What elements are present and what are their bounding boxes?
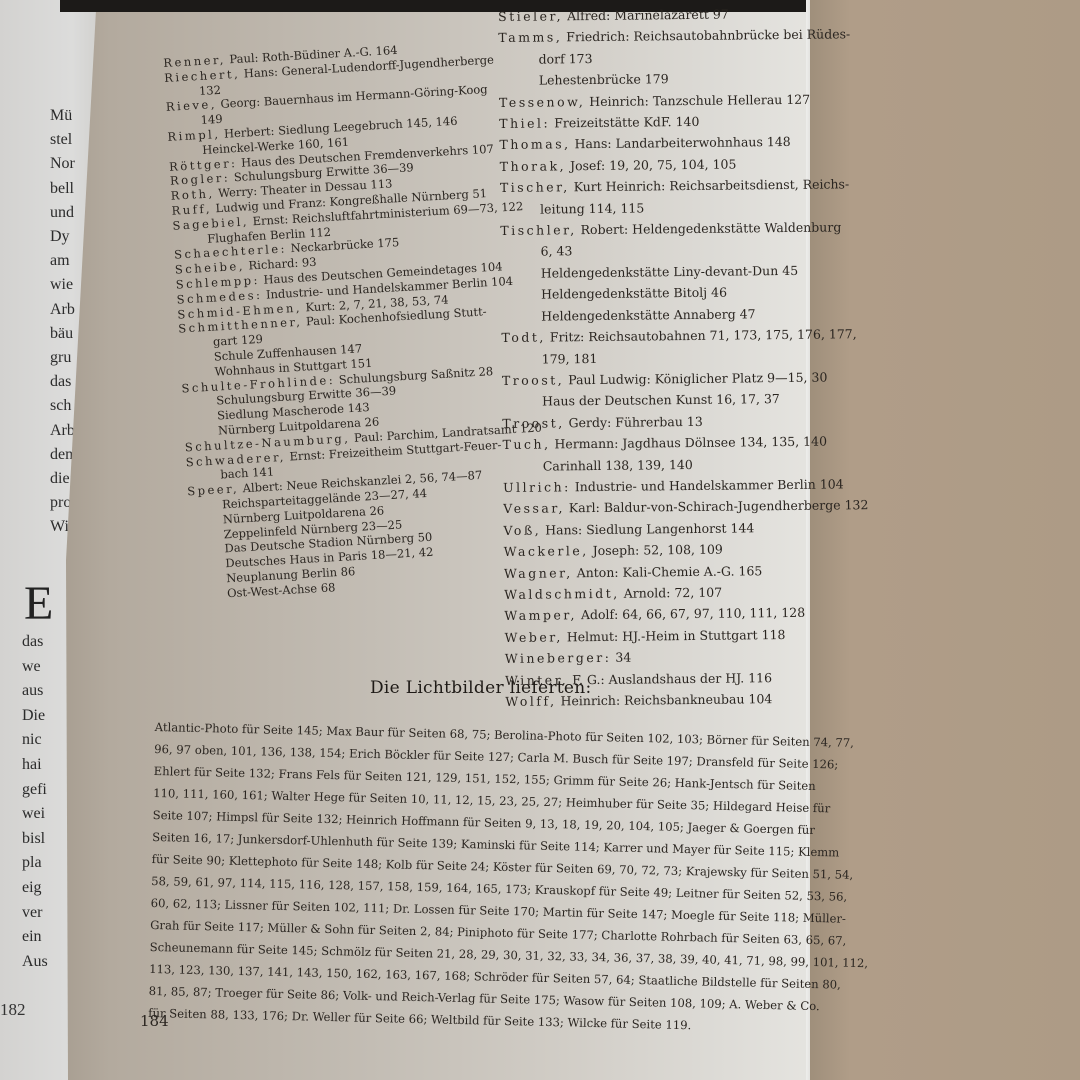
text-fragment: wei [22,802,48,827]
index-subentry: Heldengedenkstätte Liny-devant-Dun 45 [501,259,831,284]
book-photo: MüstelNorbellundDyamwieArbbäugrudasschAr… [0,0,1080,1080]
index-works: Arnold: 72, 107 [620,585,723,601]
text-fragment: Dy [50,225,75,249]
photo-credits-heading: Die Lichtbilder lieferten: [370,678,592,698]
index-works: Hans: Siedlung Langenhorst 144 [541,520,754,537]
text-fragment: Aus [22,950,48,975]
architect-index-left-column: Renner, Paul: Roth-Büdiner A.-G. 164Riec… [163,38,523,603]
left-page-text-fragments-lower: dasweausDienichaigefiweibislplaeigverein… [22,630,48,974]
architect-name: Roth, [170,187,214,203]
architect-name: Waldschmidt, [504,586,620,602]
text-fragment: hai [22,753,48,778]
text-fragment: und [50,201,75,225]
right-endpaper [810,0,1080,1080]
text-fragment: ein [22,925,48,950]
index-works: Josef: 19, 20, 75, 104, 105 [566,156,737,173]
index-entry: Tischler, Robert: Heldengedenkstätte Wal… [500,217,830,242]
photo-credits-paragraph: Atlantic-Photo für Seite 145; Max Baur f… [148,716,825,1039]
text-fragment: ver [22,901,48,926]
architect-name: Stieler, [498,8,563,24]
architect-name: Thorak, [500,158,567,174]
text-fragment: Mü [50,104,75,128]
drop-cap: E [24,576,53,631]
index-entry: Tamms, Friedrich: Reichsautobahnbrücke b… [498,24,828,49]
architect-name: Wineberger: [505,650,612,666]
text-fragment: das [22,630,48,655]
architect-name: Thiel: [499,115,550,131]
text-fragment: Die [22,704,48,729]
architect-name: Tuch, [503,437,551,453]
page-number: 184 [140,1012,169,1030]
index-works: 34 [611,650,631,665]
index-works: Gerdy: Führerbau 13 [565,414,703,430]
index-works: Paul Ludwig: Königlicher Platz 9—15, 30 [564,369,827,387]
architect-name: Tischler, [500,222,576,238]
architect-name: Troost, [502,372,564,388]
architect-name: Tischer, [500,180,570,196]
architect-name: Weber, [505,629,563,645]
text-fragment: aus [22,679,48,704]
architect-name: Wagner, [504,565,573,581]
index-entry: Troost, Paul Ludwig: Königlicher Platz 9… [502,366,832,391]
index-works: Anton: Kali-Chemie A.-G. 165 [573,563,763,580]
index-works: Fritz: Reichsautobahnen 71, 173, 175, 17… [546,326,857,344]
index-works: Adolf: 64, 66, 67, 97, 110, 111, 128 [577,605,805,622]
index-works: F. G.: Auslandshaus der HJ. 116 [568,670,772,687]
index-works: Joseph: 52, 108, 109 [589,542,723,558]
text-fragment: bell [50,177,75,201]
text-fragment: das [50,370,75,394]
index-works: Kurt Heinrich: Reichsarbeitsdienst, Reic… [570,177,850,195]
architect-name: Ruff, [171,201,212,217]
architect-index-right-column: Stieler, Alfred: Marinelazarett 97Tamms,… [498,3,835,713]
text-fragment: gefi [22,778,48,803]
text-fragment: stel [50,128,75,152]
text-fragment: Arb [50,419,75,443]
text-fragment: we [22,655,48,680]
index-entry: Tessenow, Heinrich: Tanzschule Hellerau … [499,88,829,113]
index-entry: Weber, Helmut: HJ.-Heim in Stuttgart 118 [505,623,835,648]
architect-name: Ullrich: [503,479,571,495]
index-works: Friedrich: Reichsautobahnbrücke bei Rüde… [562,27,850,45]
index-entry: Tischer, Kurt Heinrich: Reichsarbeitsdie… [500,174,830,199]
architect-name: Todt, [501,330,546,345]
text-fragment: bäu [50,322,75,346]
text-fragment: sch [50,394,75,418]
text-fragment: eig [22,876,48,901]
index-entry: Tuch, Hermann: Jagdhaus Dölnsee 134, 135… [502,431,832,456]
index-works: Hermann: Jagdhaus Dölnsee 134, 135, 140 [550,434,827,452]
text-fragment: Nor [50,152,75,176]
text-fragment: Arb [50,298,75,322]
index-works: Karl: Baldur-von-Schirach-Jugendherberge… [565,497,869,515]
index-works: Helmut: HJ.-Heim in Stuttgart 118 [563,627,786,644]
architect-name: Thomas, [499,137,570,153]
index-works: Robert: Heldengedenkstätte Waldenburg [577,219,842,237]
index-entry: Todt, Fritz: Reichsautobahnen 71, 173, 1… [501,324,831,349]
index-works: Freizeitstätte KdF. 140 [550,114,699,131]
text-fragment: den [50,443,75,467]
index-works: Heinrich: Tanzschule Hellerau 127 [585,91,810,108]
index-works: Alfred: Marinelazarett 97 [563,7,729,24]
architect-name: Vessar, [503,501,565,517]
text-fragment: bisl [22,827,48,852]
index-works: Hans: Landarbeiterwohnhaus 148 [570,134,790,151]
text-fragment: am [50,249,75,273]
left-page-number: 182 [0,1000,26,1020]
architect-name: Troost, [502,415,564,431]
architect-name: Tessenow, [499,94,585,110]
architect-name: Voß, [503,522,541,537]
index-works: Industrie- und Handelskammer Berlin 104 [571,476,844,494]
text-fragment: gru [50,346,75,370]
index-entry: Vessar, Karl: Baldur-von-Schirach-Jugend… [503,495,833,520]
architect-name: Tamms, [498,30,562,46]
index-entry: Thomas, Hans: Landarbeiterwohnhaus 148 [499,131,829,156]
text-fragment: nic [22,728,48,753]
architect-name: Wackerle, [504,543,589,559]
text-fragment: pla [22,851,48,876]
architect-name: Wamper, [504,608,577,624]
text-fragment: wie [50,273,75,297]
